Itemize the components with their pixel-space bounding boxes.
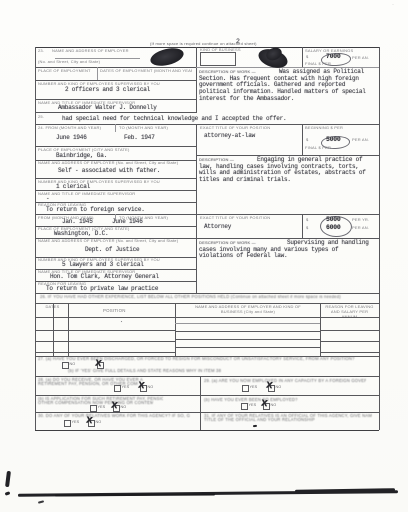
q30-x-mark: X [85, 416, 93, 427]
q30-no-label: NO [96, 420, 102, 424]
grid-line [302, 47, 303, 67]
salary-per-caption: PER AN. [352, 56, 376, 61]
corner-mark: '' [392, 4, 404, 9]
grid-line [200, 376, 201, 431]
supervisor-caption: NAME AND TITLE OF IMMEDIATE SUPERVISOR [38, 192, 188, 197]
salary-final-per: PER AN. [352, 226, 376, 231]
grid-line [302, 214, 303, 238]
dollar-sign: $ [306, 218, 314, 223]
grid-line [35, 376, 379, 377]
position-title-caption: EXACT TITLE OF YOUR POSITION [200, 126, 295, 131]
q29a-x-mark: X [265, 381, 273, 392]
salary-circle-mark [320, 215, 353, 237]
scan-artifact [5, 491, 11, 496]
employer-value: Dept. of Justice [85, 247, 139, 254]
q29b-yes-label: YES [249, 403, 257, 407]
table-row-line [320, 341, 379, 342]
position-title-value: attorney-at-law [204, 133, 255, 140]
grid-line [35, 293, 379, 294]
grid-line [35, 412, 379, 413]
q29a-yes-label: YES [250, 385, 258, 389]
q27-no-label: NO [70, 362, 76, 366]
salary-caption-2: FINAL $ PER [305, 62, 375, 67]
table-row-line [35, 330, 175, 331]
table-row-line [175, 347, 320, 348]
scan-artifact [38, 500, 44, 503]
description-caption: DESCRIPTION OF WORK — [199, 240, 287, 246]
date-to-caption: TO (MONTH AND YEAR) [119, 126, 189, 131]
date-from-value: June 1946 [56, 135, 87, 142]
position-title-value: Attorney [204, 224, 231, 231]
grid-line [55, 58, 140, 59]
q28a-x-mark: X [137, 381, 145, 392]
page-number: 2 [236, 39, 240, 46]
question-27b-text: (b) IF 'YES' GIVE FULL DETAILS AND STATE… [68, 369, 288, 374]
table-row-line [320, 330, 379, 331]
grid-line [115, 124, 116, 132]
salary-begin-per: PER YR. [352, 218, 376, 223]
page-edge-shadow [55, 493, 215, 496]
supervisor-value: Hon. Tom Clark, Attorney General [50, 274, 159, 281]
scan-artifact [5, 471, 11, 487]
table-header-position: POSITION [103, 309, 147, 314]
q28a-yes-label: YES [122, 385, 130, 389]
reason-value: To return to private law practice [46, 286, 158, 293]
grid-line [35, 124, 379, 125]
question-27a-text: 27. (a) HAVE YOU EVER BEEN DISCHARGED, O… [38, 357, 376, 362]
table-row-line [35, 352, 175, 353]
q29a-no-label: NO [276, 385, 282, 389]
salary-caption: BEGINNING $ PER [305, 126, 375, 131]
q29b-yes-checkbox: YES [241, 403, 248, 410]
q29a-yes-checkbox: YES [242, 385, 249, 392]
dates-caption: DATES OF EMPLOYMENT (MONTH AND YEAR) [100, 69, 192, 74]
table-row-line [175, 323, 320, 324]
date-from-caption: 24. FROM (MONTH AND YEAR) [38, 126, 112, 131]
table-header-dates: DATES [39, 305, 66, 310]
q30-yes-checkbox: YES [64, 420, 71, 427]
q27-x-mark: X [94, 358, 102, 369]
pen-mark [253, 424, 257, 427]
dollar-sign: $ [306, 55, 314, 60]
employer-caption: NAME AND ADDRESS OF EMPLOYER (No. and St… [38, 239, 188, 244]
description-caption: DESCRIPTION OF WORK — [199, 69, 279, 75]
table-header-employer: NAME AND ADDRESS OF EMPLOYER AND KIND OF… [186, 305, 310, 315]
top-margin-note: (If more space is required continue on a… [150, 42, 288, 47]
supervised-value: 5 lawyers and 3 clerical [62, 262, 144, 269]
place-value: Washington, D.C. [54, 231, 108, 238]
employer-caption: NAME AND ADDRESS OF EMPLOYER (No. and St… [38, 161, 188, 166]
reason-value: To return to foreign service. [46, 207, 145, 214]
position-title-caption: EXACT TITLE OF YOUR POSITION [200, 216, 295, 221]
place-value: Bainbridge, Ga. [56, 153, 107, 160]
description-caption: DESCRIPTION — [199, 157, 257, 163]
salary-per-caption: PER AN. [352, 138, 376, 143]
grid-line [35, 67, 196, 68]
salary-caption-2: FINAL $ PER [305, 146, 375, 151]
dollar-sign: $ [306, 226, 314, 231]
q28a-no-label: NO [148, 385, 154, 389]
dollar-sign: $ [306, 138, 314, 143]
grid-line [35, 214, 379, 215]
grid-line [97, 67, 98, 80]
table-row-line [35, 341, 175, 342]
question-30-text: 30. DO ANY OF YOUR RELATIVES WORK FOR TH… [38, 414, 190, 419]
supervisor-value: Ambassador Walter J. Donnelly [58, 105, 157, 112]
blank-entry-box [200, 52, 236, 67]
q28a-yes-checkbox: YES [114, 385, 121, 392]
date-to-value: Feb. 1947 [124, 135, 155, 142]
supervised-value: 2 officers and 3 clerical [65, 87, 150, 94]
q29b-no-label: NO [271, 403, 277, 407]
q29b-x-mark: X [260, 399, 268, 410]
grid-line [35, 112, 196, 113]
form-border-left [35, 47, 36, 430]
table-header-line [35, 317, 379, 318]
q28b-x-mark: X [110, 401, 118, 412]
question-29b-text: (b) HAVE YOU EVER BEEN SO EMPLOYED? [204, 398, 334, 403]
table-row-line [175, 339, 320, 340]
scanned-form-page: (If more space is required continue on a… [0, 0, 408, 512]
table-cell-dot: · [120, 319, 123, 326]
other-positions-intro: 26. IF YOU HAVE HAD OTHER EXPERIENCE, LI… [40, 295, 376, 300]
table-row-line [320, 352, 379, 353]
description-of-work: DESCRIPTION OF WORK —Was assigned as Pol… [199, 69, 371, 103]
q30-yes-label: YES [72, 420, 80, 424]
reason-accepted-offer: had special need for technical knowledge… [62, 116, 286, 123]
form-border-bottom [35, 430, 379, 431]
form-border-right [379, 47, 380, 430]
grid-line [196, 124, 197, 293]
table-row-line [175, 331, 320, 332]
place-caption: PLACE OF EMPLOYMENT [38, 69, 94, 74]
question-31-text-2: TITLE OF THE OFFICIAL AND YOUR RELATIONS… [204, 418, 329, 423]
q28b-no-label: NO [121, 405, 127, 409]
employer-caption: NAME AND ADDRESS OF EMPLOYER [52, 49, 144, 54]
employer-value: Self - associated with father. [58, 168, 160, 175]
grid-line [302, 124, 303, 156]
grid-line [196, 47, 197, 113]
description-of-work: DESCRIPTION —Engaging in general practic… [199, 157, 367, 184]
table-border-top [35, 303, 379, 304]
employer-caption-2: (No. and Street, City and State) [38, 60, 138, 65]
description-of-work: DESCRIPTION OF WORK —Supervising and han… [199, 240, 371, 260]
item-23-label: 23. [38, 49, 52, 54]
question-29a-text: 29. (a) ARE YOU NOW EMPLOYED IN ANY CAPA… [204, 379, 366, 384]
q28b-yes-label: YES [98, 405, 106, 409]
